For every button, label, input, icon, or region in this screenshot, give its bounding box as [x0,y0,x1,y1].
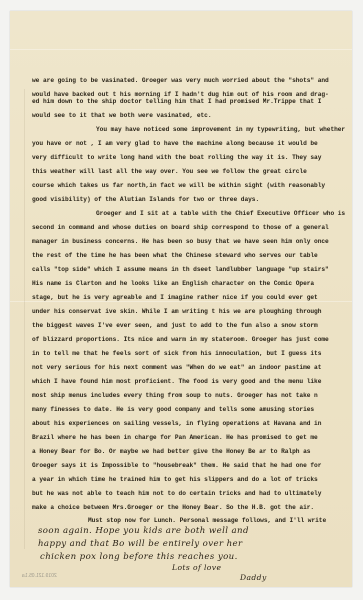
typed-line: good visibility) of the Alutian Islands … [32,196,259,203]
typed-line: stage, but he is very agreable and I ima… [32,294,318,301]
handwritten-line: happy and that Bo will be entirely over … [38,539,243,549]
typed-line: the biggest waves I've ever seen, and ju… [32,322,318,329]
handwritten-closing: Lots of love [172,563,221,572]
typed-line: this weather will last all the way over.… [32,168,307,175]
typed-line: a year in which time he trained him to g… [32,476,318,483]
typed-line: calls "top side" which I assume means in… [32,266,329,273]
typed-line: a Honey Bear for Bo. Or maybe we had bet… [32,448,310,455]
typed-line: you have or not , I am very glad to have… [32,140,318,147]
typed-line: make a choice between Mrs.Groeger or the… [32,504,314,511]
typed-line: manager in business concerns. He has bee… [32,238,329,245]
typed-line: many finesses to date. He is very good c… [32,406,314,413]
typed-line: course which takes us far north,in fact … [32,182,325,189]
typed-line: Brazil where he has been in charge for P… [32,434,318,441]
typed-line: we are going to be vasinated. Groeger wa… [32,77,329,84]
typed-line: would have backed out t his morning if I… [32,91,329,98]
margin-shadow [24,89,25,549]
paragraph-start: You may have noticed some improvement in… [96,126,345,133]
typed-line: second in command and whose duties on bo… [32,224,329,231]
typed-line: under his conservat ive skin. While I am… [32,308,321,315]
typed-line: which I have found him most proficient. … [32,378,321,385]
paper-fold [10,49,352,50]
typed-line: about his experiences on sailing vessels… [32,420,321,427]
typed-line: His name is Clarton and he looks like an… [32,280,314,287]
paragraph-start: Must stop now for Lunch. Personal messag… [88,517,326,524]
typed-line: of blizzard proportions. Its nice and wa… [32,336,329,343]
paper-fold [10,301,352,302]
typed-line: the rest of the time he has been what th… [32,252,318,259]
typed-line: in to tell me that he feels sort of sick… [32,350,321,357]
archive-stamp: 2019.121.05.1a [22,573,57,579]
typed-line: not very serious for his next comment wa… [32,364,321,371]
typed-line: ed him down to the ship doctor telling h… [32,98,321,105]
handwritten-line: chicken pox long before this reaches you… [40,552,238,562]
typed-line: most ship menus includes every thing fro… [32,392,318,399]
paragraph-start: Groeger and I sit at a table with the Ch… [96,210,345,217]
typed-line: Groeger says it is Impossible to "houseb… [32,462,321,469]
typed-line: but he was not able to teach him not to … [32,490,321,497]
handwritten-line: soon again. Hope you kids are both well … [38,526,249,536]
handwritten-signature: Daddy [240,573,267,582]
typed-line: would see to it that we both were vasina… [32,112,212,119]
typed-line: very difficult to write long hand with t… [32,154,321,161]
